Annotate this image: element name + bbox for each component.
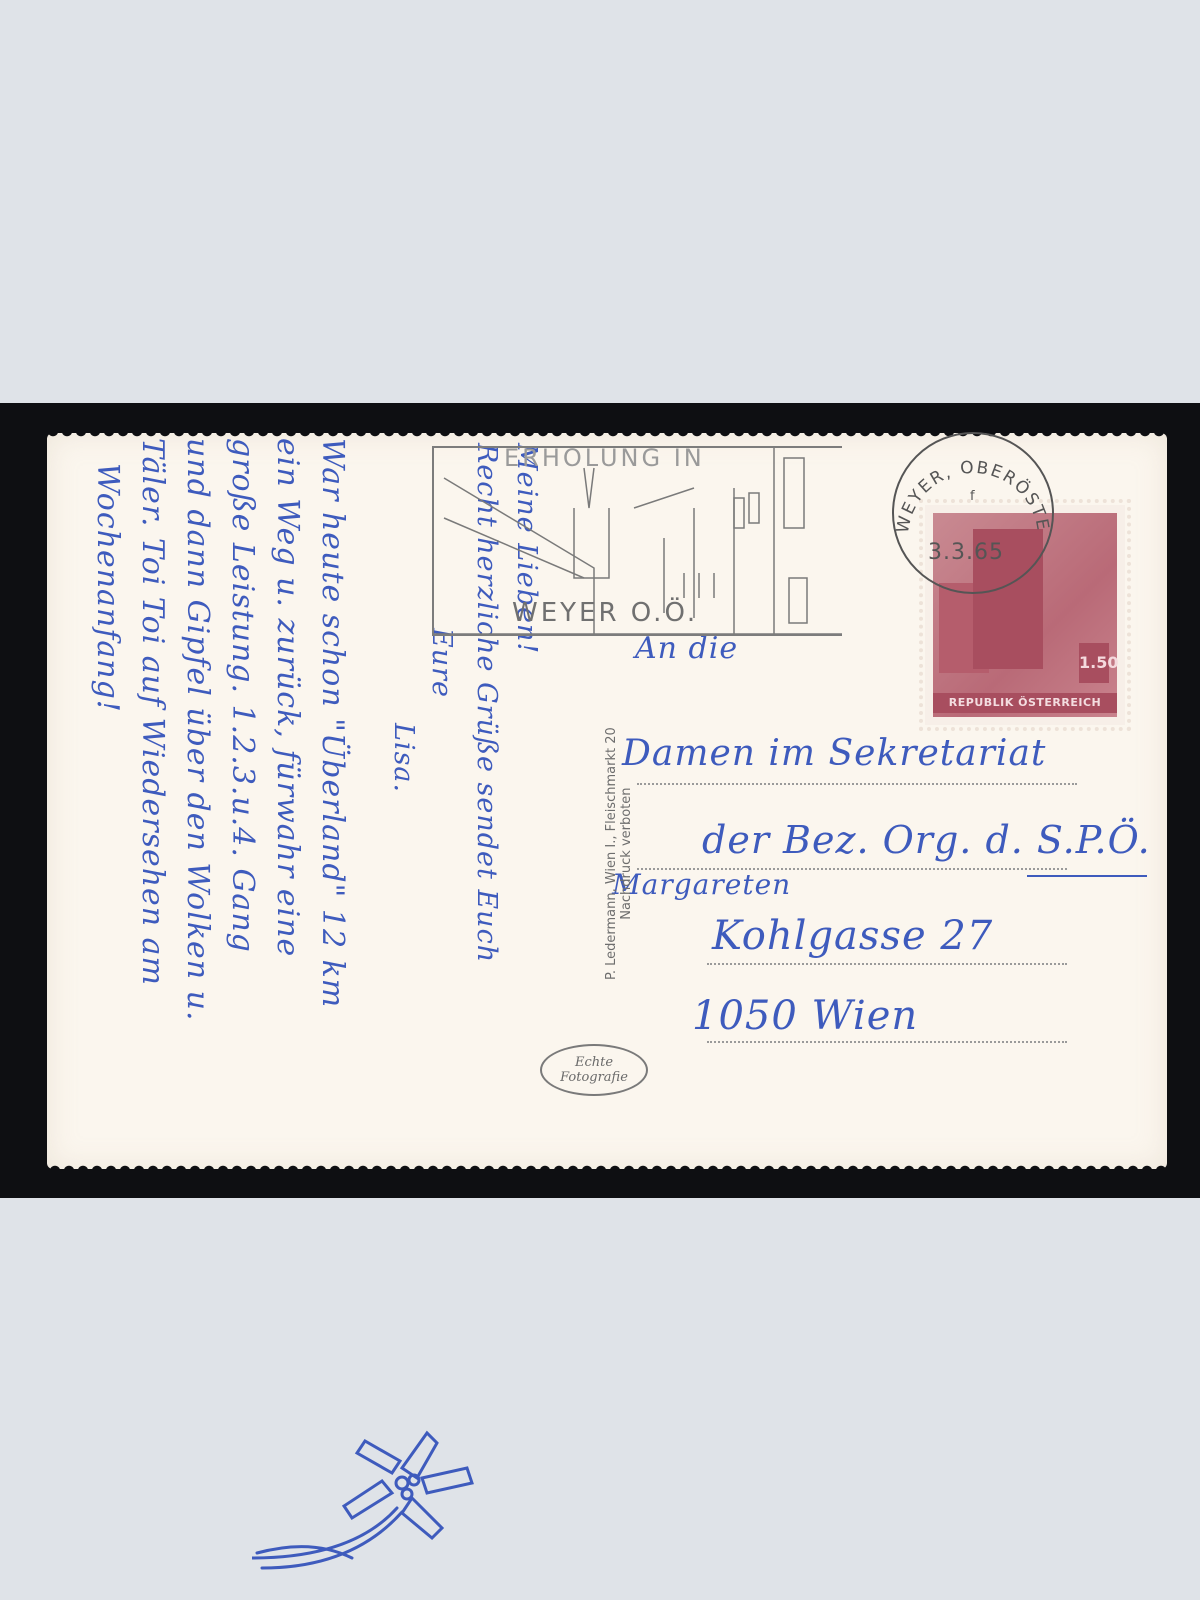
stamp-country: REPUBLIK ÖSTERREICH [933, 693, 1117, 713]
printer-line: Nachdruck verboten [619, 727, 634, 980]
message-line: große Leistung. 1.2.3.u.4. Gang [225, 438, 260, 953]
postmark-text: WEYER, OBERÖSTERREICH [888, 428, 1053, 535]
message-line: Lisa. [388, 723, 419, 793]
stamp-value: 1.50 [1079, 643, 1109, 683]
address-rule [637, 783, 1077, 785]
address-line: Damen im Sekretariat [622, 733, 1046, 774]
echte-fotografie-mark: Echte Fotografie [540, 1044, 648, 1096]
printer-imprint: P. Ledermann, Wien I., Fleischmarkt 20 N… [604, 727, 634, 980]
message-line: War heute schon "Überland" 12 km [315, 438, 350, 1008]
cancellation-town: WEYER O.Ö. [512, 598, 698, 628]
svg-text:WEYER, OBERÖSTERREICH: WEYER, OBERÖSTERREICH [888, 428, 1053, 535]
address-rule [707, 1041, 1067, 1043]
postmark-code: f [970, 489, 975, 504]
message-line: Täler. Toi Toi auf Wiedersehen am [135, 438, 170, 986]
address-line: Margareten [612, 868, 791, 901]
underline-mark [1027, 875, 1147, 877]
address-line: der Bez. Org. d. S.P.Ö. [702, 818, 1151, 862]
message-line: und dann Gipfel über den Wolken u. [180, 438, 215, 1021]
postmark-date: 3.3.65 [928, 540, 1004, 565]
edelweiss-drawing-icon [252, 1408, 512, 1578]
message-line: Eure [426, 628, 457, 698]
address-rule [707, 963, 1067, 965]
address-line: 1050 Wien [692, 993, 918, 1039]
circular-postmark: WEYER, OBERÖSTERREICH f 3.3.65 [888, 428, 1058, 598]
photo-mark-line: Echte [542, 1055, 646, 1070]
address-prefix: An die [635, 631, 738, 666]
address-line: Kohlgasse 27 [712, 913, 993, 959]
message-line: ein Weg u. zurück, fürwahr eine [270, 438, 305, 957]
message-line: Wochenanfang! [90, 463, 125, 713]
printer-line: P. Ledermann, Wien I., Fleischmarkt 20 [604, 727, 619, 980]
slogan-cancellation: ERHOLUNG IN WEYER O.Ö. [432, 446, 842, 636]
photo-mark-line: Fotografie [542, 1070, 646, 1085]
